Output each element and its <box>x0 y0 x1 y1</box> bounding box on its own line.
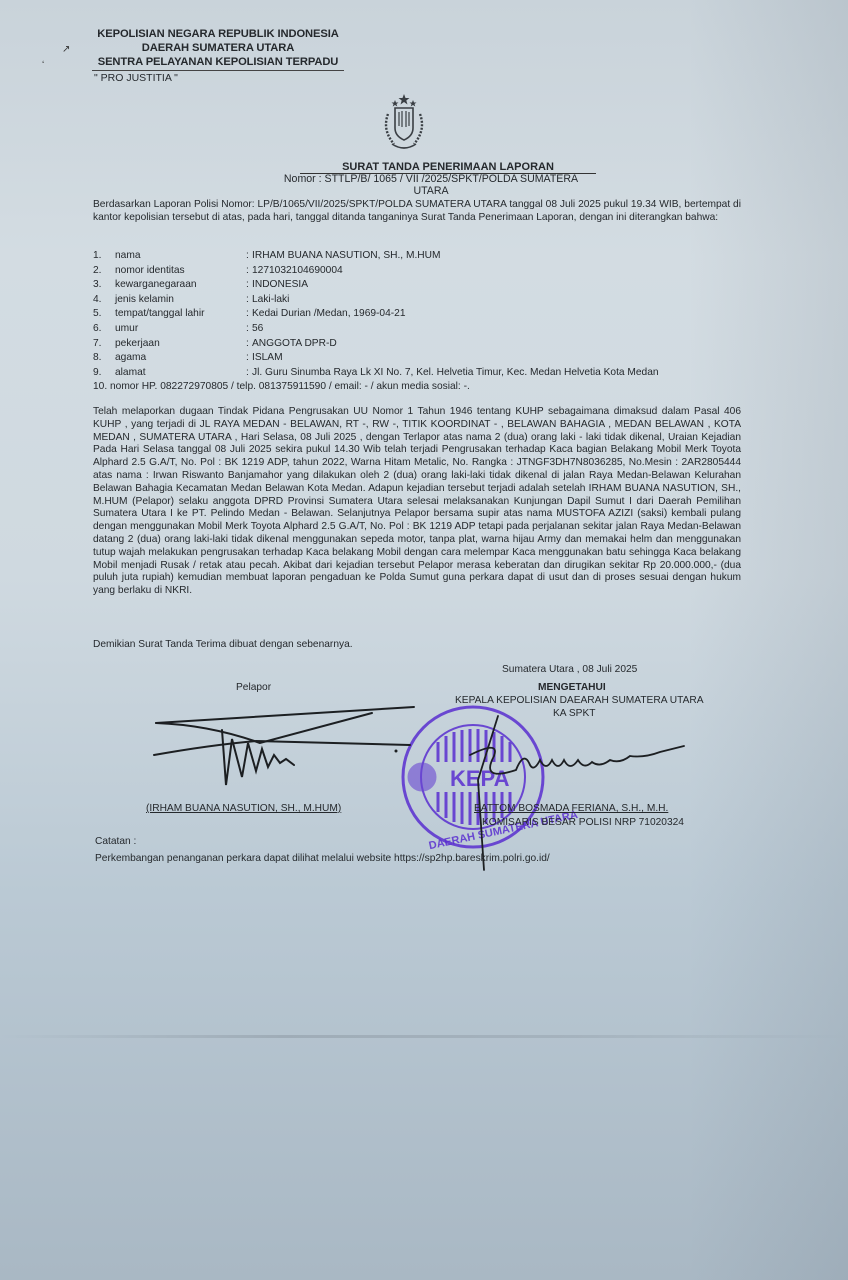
identity-row: 9.alamat:Jl. Guru Sinumba Raya Lk XI No.… <box>93 366 659 381</box>
row-value: Jl. Guru Sinumba Raya Lk XI No. 7, Kel. … <box>252 366 659 381</box>
page-shadow <box>688 0 848 1280</box>
reporter-label: Pelapor <box>236 682 271 693</box>
document-number: Nomor : STTLP/B/ 1065 / VII /2025/SPKT/P… <box>266 173 596 197</box>
pen-mark: ʻ <box>42 60 44 71</box>
closing-statement: Demikian Surat Tanda Terima dibuat denga… <box>93 639 353 650</box>
notes-text: Perkembangan penanganan perkara dapat di… <box>95 853 550 864</box>
row-number: 7. <box>93 337 115 352</box>
row-label: umur <box>115 322 246 337</box>
official-name: BATTOM BOSMADA FERIANA, S.H., M.H. <box>474 803 668 814</box>
reporter-signature <box>150 705 440 795</box>
identity-row: 2.nomor identitas:1271032104690004 <box>93 264 659 279</box>
acknowledged-label: MENGETAHUI <box>538 682 606 693</box>
row-value: 56 <box>252 322 263 337</box>
report-body: Telah melaporkan dugaan Tindak Pidana Pe… <box>93 406 741 598</box>
row-value: INDONESIA <box>252 278 308 293</box>
police-emblem-icon <box>380 92 428 154</box>
row-label: alamat <box>115 366 246 381</box>
row-number: 5. <box>93 307 115 322</box>
row-label: pekerjaan <box>115 337 246 352</box>
row-number: 3. <box>93 278 115 293</box>
row-number: 1. <box>93 249 115 264</box>
intro-paragraph: Berdasarkan Laporan Polisi Nomor: LP/B/1… <box>93 199 741 225</box>
row-value: Kedai Durian /Medan, 1969-04-21 <box>252 307 405 322</box>
paper-fold <box>0 1035 848 1038</box>
row-label: tempat/tanggal lahir <box>115 307 246 322</box>
document-sheet: ↗ ʻ KEPOLISIAN NEGARA REPUBLIK INDONESIA… <box>0 0 848 1280</box>
identity-contact: 10. nomor HP. 082272970805 / telp. 08137… <box>93 380 659 395</box>
reporter-name: (IRHAM BUANA NASUTION, SH., M.HUM) <box>146 803 341 814</box>
identity-row: 3.kewarganegaraan:INDONESIA <box>93 278 659 293</box>
row-value: IRHAM BUANA NASUTION, SH., M.HUM <box>252 249 440 264</box>
identity-row: 7.pekerjaan:ANGGOTA DPR-D <box>93 337 659 352</box>
row-value: ANGGOTA DPR-D <box>252 337 337 352</box>
row-label: nama <box>115 249 246 264</box>
identity-row: 5.tempat/tanggal lahir:Kedai Durian /Med… <box>93 307 659 322</box>
pro-justitia: " PRO JUSTITIA " <box>94 72 178 84</box>
row-label: jenis kelamin <box>115 293 246 308</box>
row-label: kewarganegaraan <box>115 278 246 293</box>
row-label: agama <box>115 351 246 366</box>
row-number: 6. <box>93 322 115 337</box>
row-number: 8. <box>93 351 115 366</box>
row-number: 2. <box>93 264 115 279</box>
letterhead: KEPOLISIAN NEGARA REPUBLIK INDONESIA DAE… <box>92 28 344 71</box>
row-number: 9. <box>93 366 115 381</box>
pen-mark: ↗ <box>62 44 70 55</box>
letterhead-line-1: KEPOLISIAN NEGARA REPUBLIK INDONESIA <box>92 28 344 42</box>
place-date: Sumatera Utara , 08 Juli 2025 <box>502 664 637 675</box>
identity-row: 4.jenis kelamin:Laki-laki <box>93 293 659 308</box>
notes-label: Catatan : <box>95 836 136 847</box>
row-label: nomor identitas <box>115 264 246 279</box>
row-number: 4. <box>93 293 115 308</box>
letterhead-line-3: SENTRA PELAYANAN KEPOLISIAN TERPADU <box>92 56 344 71</box>
identity-row: 6.umur:56 <box>93 322 659 337</box>
identity-row: 8.agama:ISLAM <box>93 351 659 366</box>
identity-list: 1.nama:IRHAM BUANA NASUTION, SH., M.HUM … <box>93 249 659 395</box>
letterhead-line-2: DAERAH SUMATERA UTARA <box>92 42 344 56</box>
row-value: ISLAM <box>252 351 283 366</box>
row-value: Laki-laki <box>252 293 289 308</box>
official-rank: KOMISARIS BESAR POLISI NRP 71020324 <box>482 817 684 828</box>
row-value: 1271032104690004 <box>252 264 343 279</box>
identity-row: 1.nama:IRHAM BUANA NASUTION, SH., M.HUM <box>93 249 659 264</box>
